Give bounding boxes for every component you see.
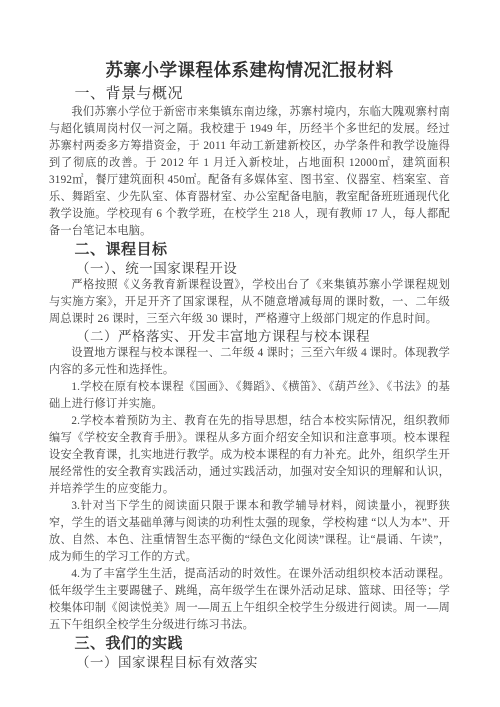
paragraph-item-2-safety-education: 2.学校本着预防为主、教育在先的指导思想，结合本校实际情况，组织教师编写《学校安… (49, 413, 450, 498)
paragraph-local-curriculum-hours: 设置地方课程与校本课程一、二年级 4 课时；三至六年级 4 课时。体现教学内容的… (49, 345, 450, 379)
subheading-local-school-curriculum: （二）严格落实、开发丰富地方课程与校本课程 (49, 328, 450, 345)
document-page: 苏寨小学课程体系建构情况汇报材料 一、背景与概况 我们苏寨小学位于新密市来集镇东… (0, 0, 500, 707)
document-content: 苏寨小学课程体系建构情况汇报材料 一、背景与概况 我们苏寨小学位于新密市来集镇东… (49, 57, 450, 671)
subheading-national-curriculum: （一）、统一国家课程开设 (49, 260, 450, 277)
section-heading-background: 一、背景与概况 (49, 84, 450, 104)
paragraph-school-overview: 我们苏寨小学位于新密市来集镇东南边缘，苏寨村境内，东临大隗观寨村南与超化镇周岗村… (49, 104, 450, 240)
section-heading-course-goals: 二、课程目标 (49, 240, 450, 260)
paragraph-item-4-activities: 4.为了丰富学生生活，提高活动的时效性。在课外活动组织校本活动课程。低年级学生主… (49, 566, 450, 634)
paragraph-item-3-reading-program: 3.针对当下学生的阅读面只限于课本和教学辅导材料，阅读量小，视野狭窄，学生的语文… (49, 498, 450, 566)
subheading-national-goals-implementation: （一）国家课程目标有效落实 (49, 654, 450, 671)
document-title: 苏寨小学课程体系建构情况汇报材料 (49, 57, 450, 83)
paragraph-item-1-school-courses: 1.学校在原有校本课程《国画》、《舞蹈》、《横笛》、《葫芦丝》、《书法》的基础上… (49, 379, 450, 413)
section-heading-our-practice: 三、我们的实践 (49, 634, 450, 654)
paragraph-national-curriculum: 严格按照《义务教育新课程设置》，学校出台了《来集镇苏寨小学课程规划与实施方案》，… (49, 277, 450, 328)
